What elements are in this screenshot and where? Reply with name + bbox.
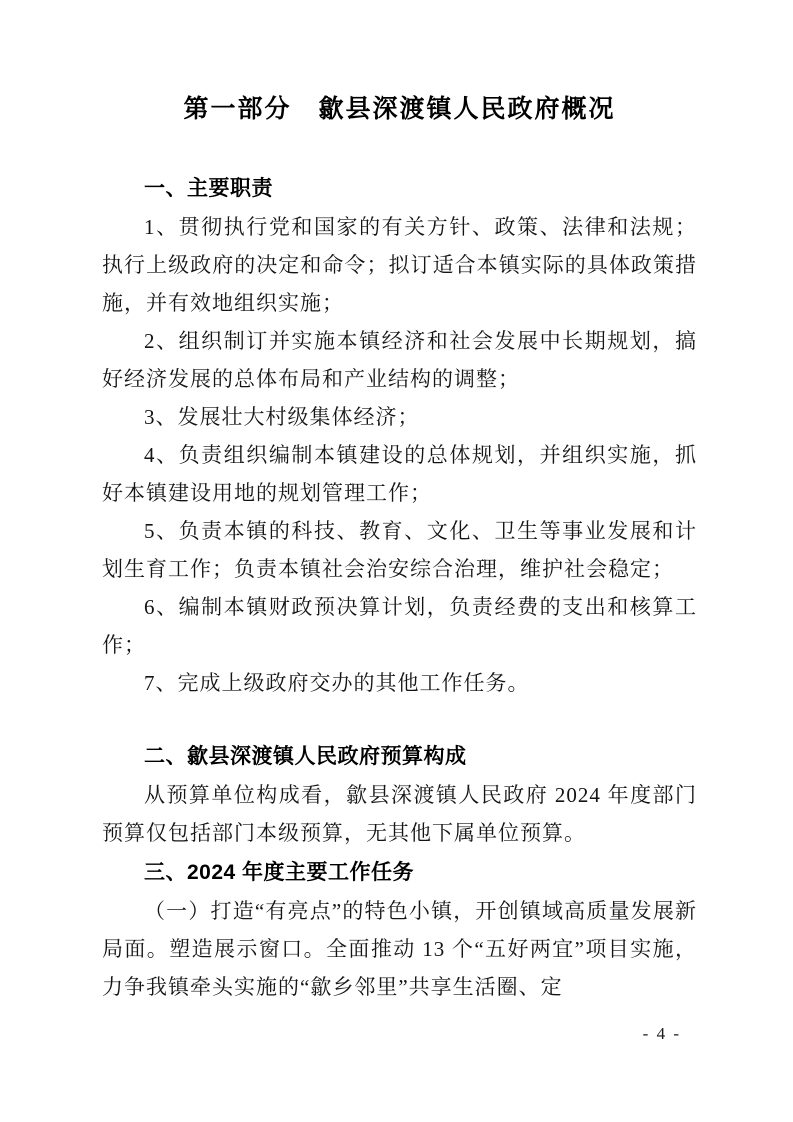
paragraph-duty-4: 4、负责组织编制本镇建设的总体规划，并组织实施，抓好本镇建设用地的规划管理工作； (102, 436, 697, 512)
paragraph-duty-3: 3、发展壮大村级集体经济； (102, 398, 697, 436)
paragraph-duty-7: 7、完成上级政府交办的其他工作任务。 (102, 664, 697, 702)
section-heading-budget-composition: 二、歙县深渡镇人民政府预算构成 (102, 738, 697, 776)
page-number: - 4 - (643, 1024, 681, 1044)
section-heading-main-responsibilities: 一、主要职责 (102, 170, 697, 208)
paragraph-duty-2: 2、组织制订并实施本镇经济和社会发展中长期规划，搞好经济发展的总体布局和产业结构… (102, 322, 697, 398)
paragraph-duty-1: 1、贯彻执行党和国家的有关方针、政策、法律和法规；执行上级政府的决定和命令；拟订… (102, 208, 697, 322)
paragraph-budget-composition: 从预算单位构成看，歙县深渡镇人民政府 2024 年度部门预算仅包括部门本级预算，… (102, 776, 697, 852)
paragraph-task-1: （一）打造“有亮点”的特色小镇，开创镇域高质量发展新局面。塑造展示窗口。全面推动… (102, 892, 697, 1006)
section-budget-composition: 二、歙县深渡镇人民政府预算构成 从预算单位构成看，歙县深渡镇人民政府 2024 … (102, 738, 697, 852)
page-title: 第一部分 歙县深渡镇人民政府概况 (102, 92, 697, 126)
section-2024-main-tasks: 三、2024 年度主要工作任务 （一）打造“有亮点”的特色小镇，开创镇域高质量发… (102, 854, 697, 1006)
document-page: 第一部分 歙县深渡镇人民政府概况 一、主要职责 1、贯彻执行党和国家的有关方针、… (0, 0, 793, 1122)
document-content: 第一部分 歙县深渡镇人民政府概况 一、主要职责 1、贯彻执行党和国家的有关方针、… (102, 92, 697, 1006)
section-heading-2024-main-tasks: 三、2024 年度主要工作任务 (102, 854, 697, 892)
paragraph-duty-5: 5、负责本镇的科技、教育、文化、卫生等事业发展和计划生育工作；负责本镇社会治安综… (102, 512, 697, 588)
section-main-responsibilities: 一、主要职责 1、贯彻执行党和国家的有关方针、政策、法律和法规；执行上级政府的决… (102, 170, 697, 702)
paragraph-duty-6: 6、编制本镇财政预决算计划，负责经费的支出和核算工作； (102, 588, 697, 664)
